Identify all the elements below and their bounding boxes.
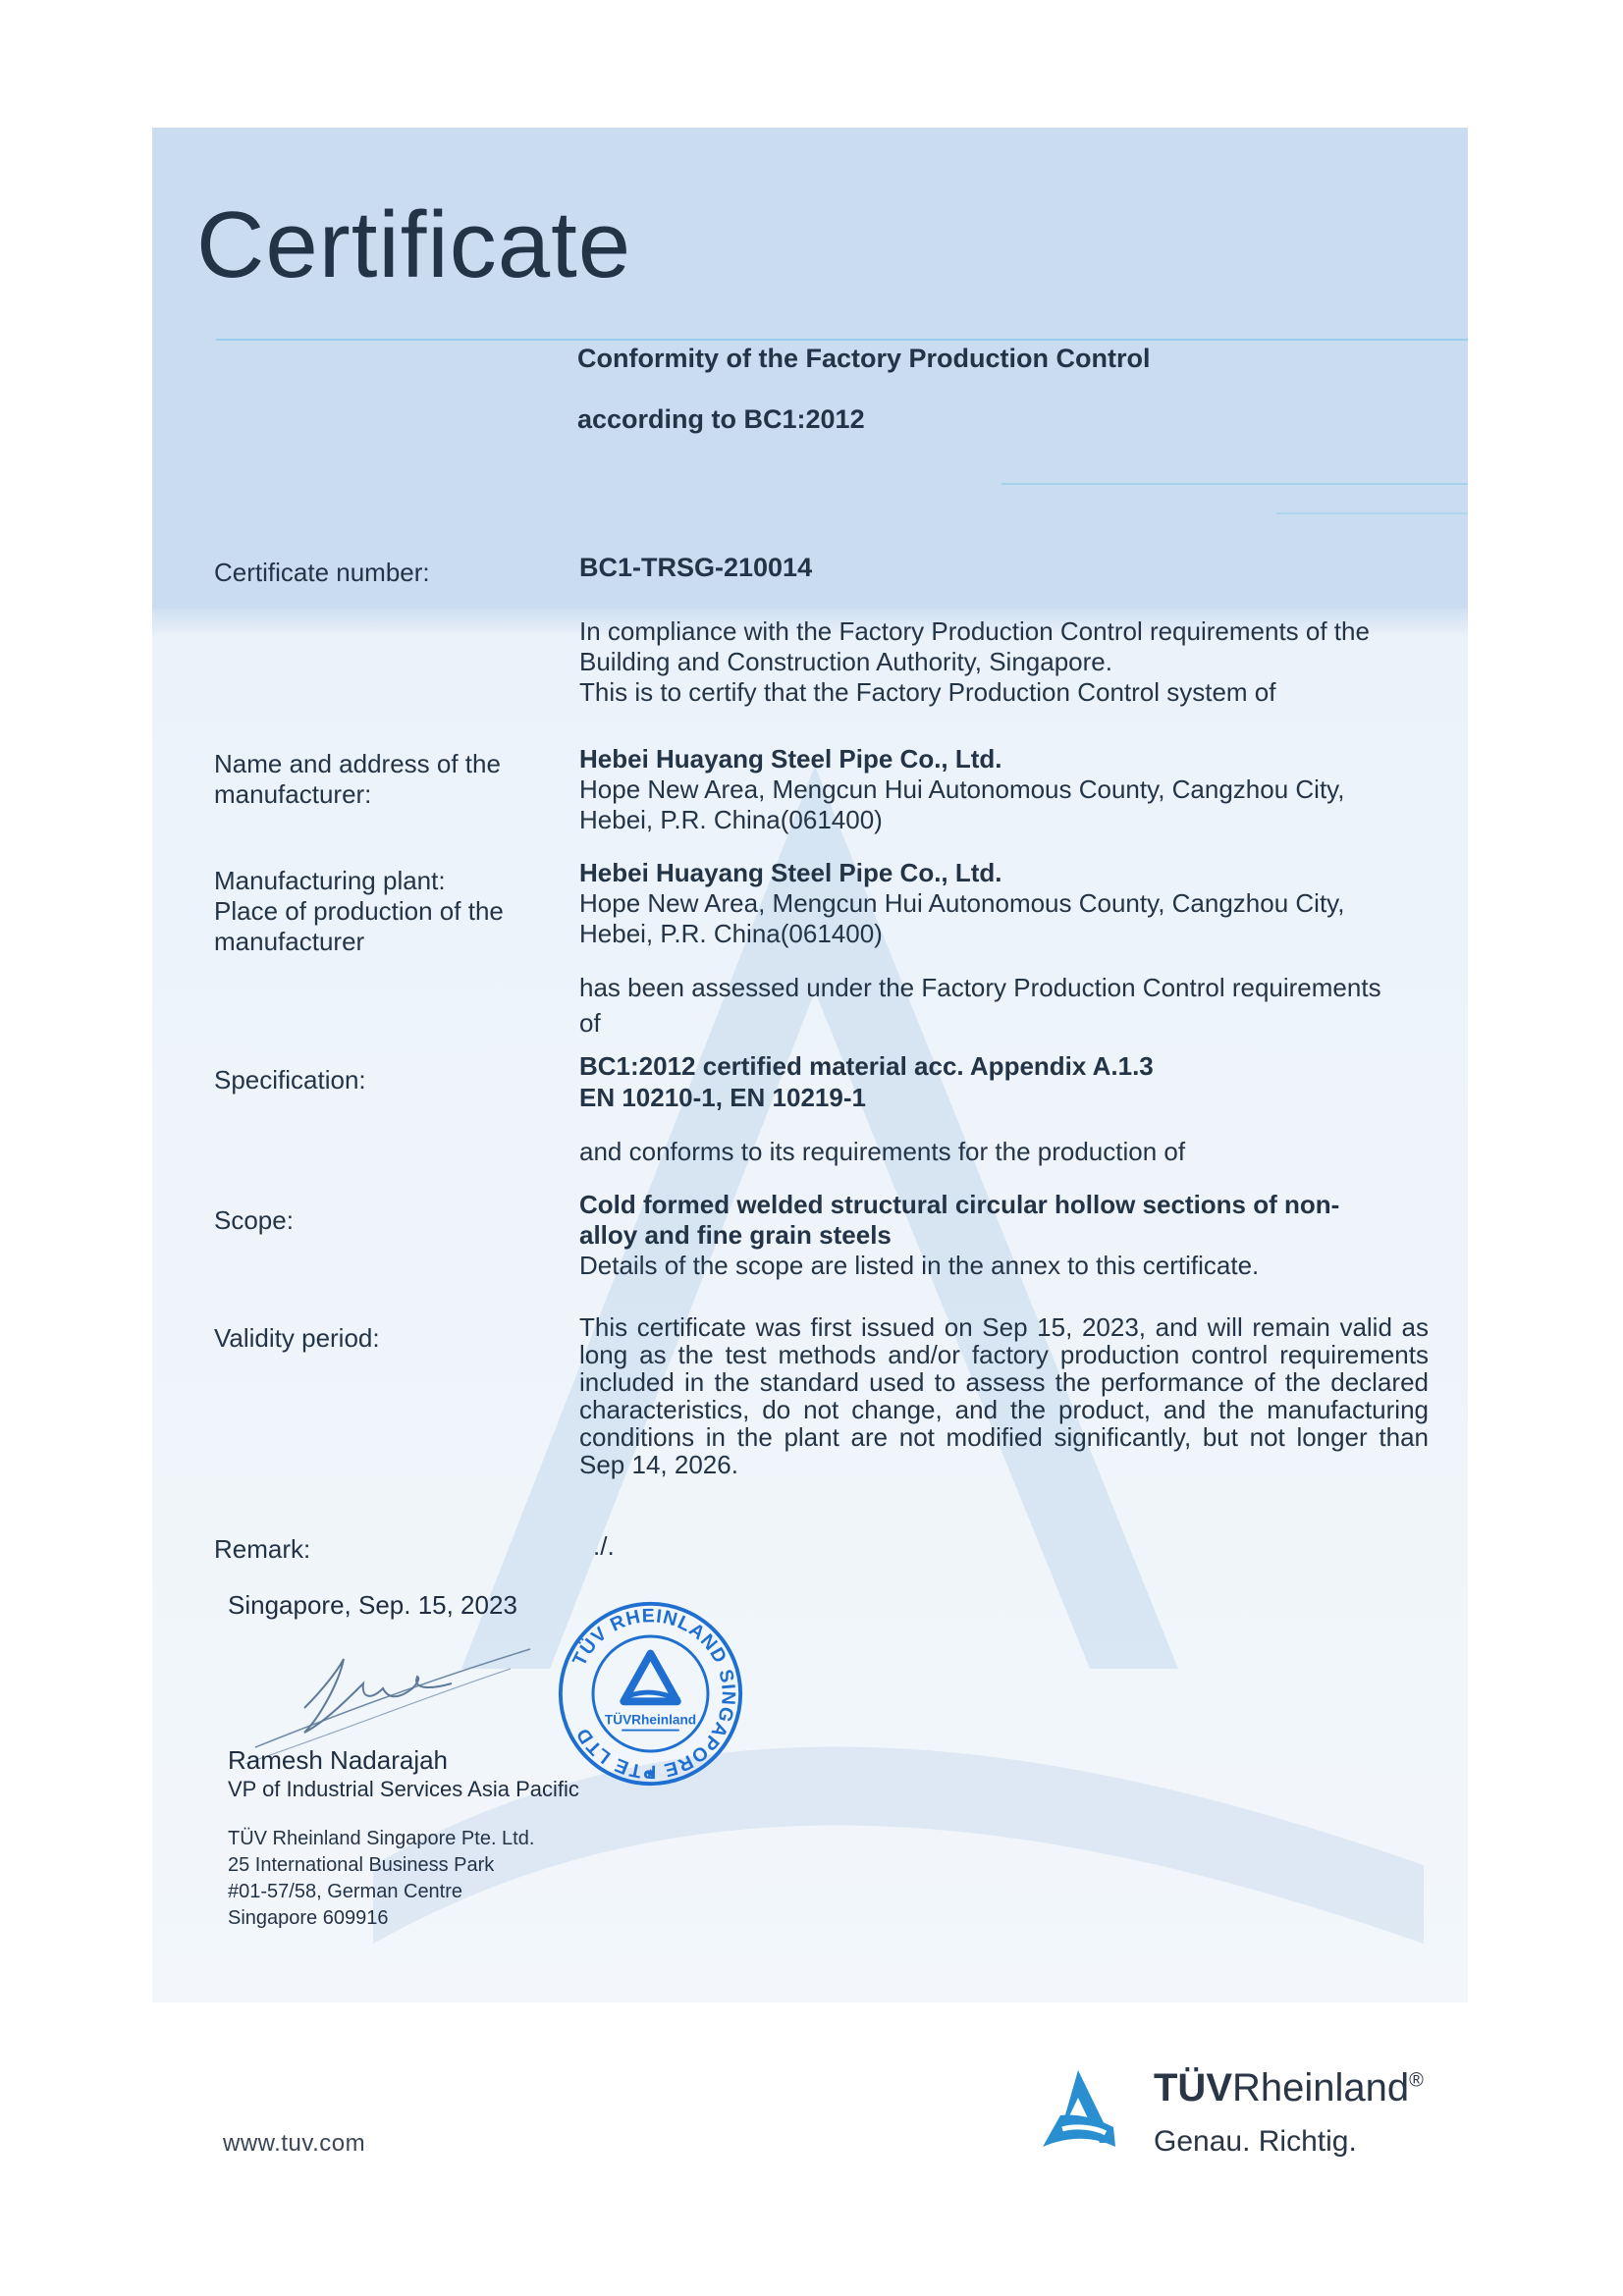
scope-line-1: Cold formed welded structural circular h…: [579, 1190, 1443, 1220]
assessed-line-1: has been assessed under the Factory Prod…: [579, 970, 1443, 1005]
plant-label: Manufacturing plant: Place of production…: [214, 866, 504, 957]
assessed-text: has been assessed under the Factory Prod…: [579, 970, 1443, 1041]
svg-text:★: ★: [644, 1766, 656, 1781]
website-link[interactable]: www.tuv.com: [223, 2130, 365, 2158]
intro-line-1: In compliance with the Factory Productio…: [579, 616, 1443, 647]
plant-name: Hebei Huayang Steel Pipe Co., Ltd.: [579, 858, 1443, 888]
scope-line-2: alloy and fine grain steels: [579, 1220, 1443, 1251]
specification-line-1: BC1:2012 certified material acc. Appendi…: [579, 1050, 1443, 1082]
manufacturer-label: Name and address of the manufacturer:: [214, 749, 501, 810]
issuer-address-line-2: 25 International Business Park: [228, 1852, 534, 1879]
plant-value: Hebei Huayang Steel Pipe Co., Ltd. Hope …: [579, 858, 1443, 949]
plant-label-line-1: Manufacturing plant:: [214, 866, 504, 896]
manufacturer-label-line-2: manufacturer:: [214, 779, 501, 810]
specification-line-2: EN 10210-1, EN 10219-1: [579, 1082, 1443, 1113]
scope-value: Cold formed welded structural circular h…: [579, 1190, 1443, 1281]
plant-label-line-2: Place of production of the: [214, 896, 504, 927]
stamp-center-text: TÜVRheinland: [605, 1713, 696, 1728]
issuer-address-line-4: Singapore 609916: [228, 1905, 534, 1932]
tuv-triangle-logo-icon: [1041, 2066, 1119, 2155]
validity-label: Validity period:: [214, 1323, 380, 1354]
brand-name-rest: Rheinland: [1232, 2066, 1409, 2109]
registered-mark: ®: [1409, 2070, 1424, 2092]
specification-value: BC1:2012 certified material acc. Appendi…: [579, 1050, 1443, 1113]
intro-text: In compliance with the Factory Productio…: [579, 616, 1443, 708]
manufacturer-address-line-2: Hebei, P.R. China(061400): [579, 805, 1443, 835]
certificate-number-label: Certificate number:: [214, 558, 430, 588]
manufacturer-address-line-1: Hope New Area, Mengcun Hui Autonomous Co…: [579, 774, 1443, 805]
header-divider-line: [216, 339, 1468, 341]
validity-text: This certificate was first issued on Sep…: [579, 1313, 1429, 1478]
place-date: Singapore, Sep. 15, 2023: [228, 1590, 517, 1621]
scope-label: Scope:: [214, 1205, 294, 1236]
page-title: Certificate: [196, 191, 631, 299]
brand-name-bold: TÜV: [1154, 2066, 1232, 2109]
signatory-name: Ramesh Nadarajah: [228, 1745, 448, 1776]
conforms-text: and conforms to its requirements for the…: [579, 1137, 1443, 1167]
brand-name: TÜVRheinland®: [1154, 2066, 1424, 2110]
manufacturer-value: Hebei Huayang Steel Pipe Co., Ltd. Hope …: [579, 744, 1443, 835]
plant-address-line-1: Hope New Area, Mengcun Hui Autonomous Co…: [579, 888, 1443, 919]
plant-address-line-2: Hebei, P.R. China(061400): [579, 919, 1443, 949]
company-stamp-icon: TÜV RHEINLAND SINGAPORE PTE LTD TÜVRhein…: [555, 1598, 746, 1789]
brand-tagline: Genau. Richtig.: [1154, 2125, 1357, 2159]
certificate-number-value: BC1-TRSG-210014: [579, 553, 1443, 583]
header-divider-line-short: [1001, 483, 1468, 485]
manufacturer-name: Hebei Huayang Steel Pipe Co., Ltd.: [579, 744, 1443, 774]
remark-value: ./.: [593, 1531, 1457, 1562]
remark-label: Remark:: [214, 1534, 310, 1565]
scope-line-3: Details of the scope are listed in the a…: [579, 1251, 1443, 1281]
signatory-title: VP of Industrial Services Asia Pacific: [228, 1777, 579, 1802]
specification-label: Specification:: [214, 1065, 366, 1095]
issuer-address-line-1: TÜV Rheinland Singapore Pte. Ltd.: [228, 1826, 534, 1852]
intro-line-2: Building and Construction Authority, Sin…: [579, 647, 1443, 677]
manufacturer-label-line-1: Name and address of the: [214, 749, 501, 779]
intro-line-3: This is to certify that the Factory Prod…: [579, 677, 1443, 708]
issuer-address-line-3: #01-57/58, German Centre: [228, 1879, 534, 1905]
subtitle-line-1: Conformity of the Factory Production Con…: [577, 344, 1150, 374]
issuer-address: TÜV Rheinland Singapore Pte. Ltd. 25 Int…: [228, 1826, 534, 1932]
plant-label-line-3: manufacturer: [214, 927, 504, 957]
header-divider-line-faint: [1276, 512, 1468, 514]
subtitle-line-2: according to BC1:2012: [577, 404, 865, 435]
assessed-line-2: of: [579, 1005, 1443, 1041]
